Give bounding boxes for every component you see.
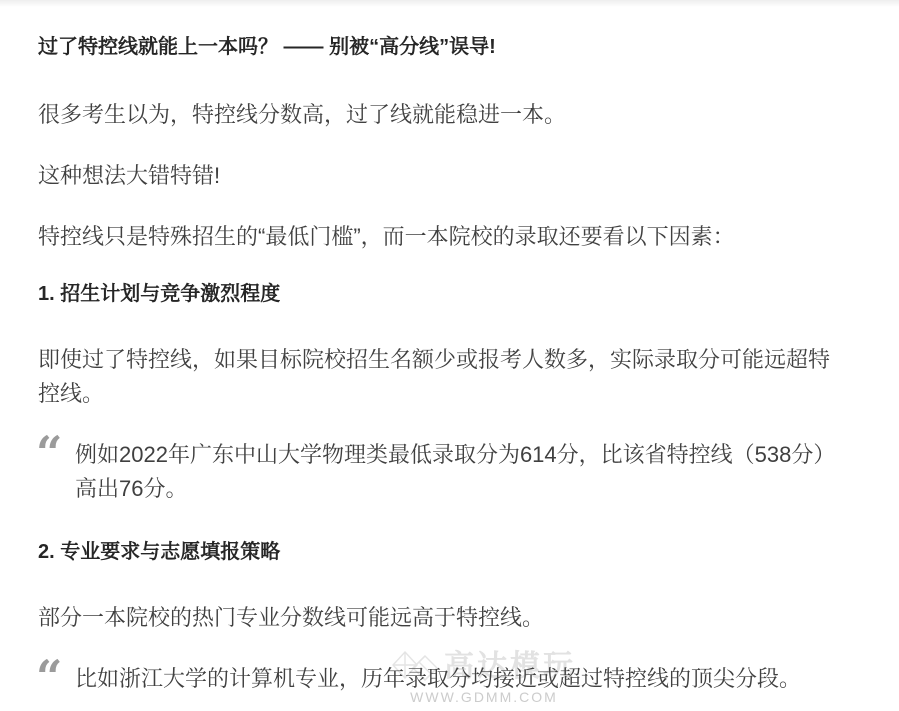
article-content: 过了特控线就能上一本吗？ —— 别被“高分线”误导! 很多考生以为，特控线分数高…: [0, 0, 899, 696]
double-quote-icon: “: [36, 670, 62, 684]
paragraph-warning: 这种想法大错特错!: [38, 159, 845, 193]
paragraph-explanation: 特控线只是特殊招生的“最低门槛”，而一本院校的录取还要看以下因素：: [38, 220, 845, 254]
quote-icon: “: [38, 438, 75, 472]
paragraph-section1: 即使过了特控线，如果目标院校招生名额少或报考人数多，实际录取分可能远超特控线。: [38, 343, 845, 411]
section-heading-1: 1. 招生计划与竞争激烈程度: [38, 281, 845, 307]
blockquote-example-2: “ 比如浙江大学的计算机专业，历年录取分均接近或超过特控线的顶尖分段。: [38, 662, 845, 696]
quote-icon: “: [38, 662, 75, 696]
quote-text: 例如2022年广东中山大学物理类最低录取分为614分，比该省特控线（538分）高…: [75, 438, 845, 506]
paragraph-intro: 很多考生以为，特控线分数高，过了线就能稳进一本。: [38, 98, 845, 132]
blockquote-example-1: “ 例如2022年广东中山大学物理类最低录取分为614分，比该省特控线（538分…: [38, 438, 845, 506]
section-heading-2: 2. 专业要求与志愿填报策略: [38, 539, 845, 565]
paragraph-section2: 部分一本院校的热门专业分数线可能远高于特控线。: [38, 601, 845, 635]
quote-text: 比如浙江大学的计算机专业，历年录取分均接近或超过特控线的顶尖分段。: [75, 662, 801, 696]
article-title: 过了特控线就能上一本吗？ —— 别被“高分线”误导!: [38, 34, 845, 60]
double-quote-icon: “: [36, 446, 62, 460]
top-edge-shadow: [0, 0, 899, 7]
